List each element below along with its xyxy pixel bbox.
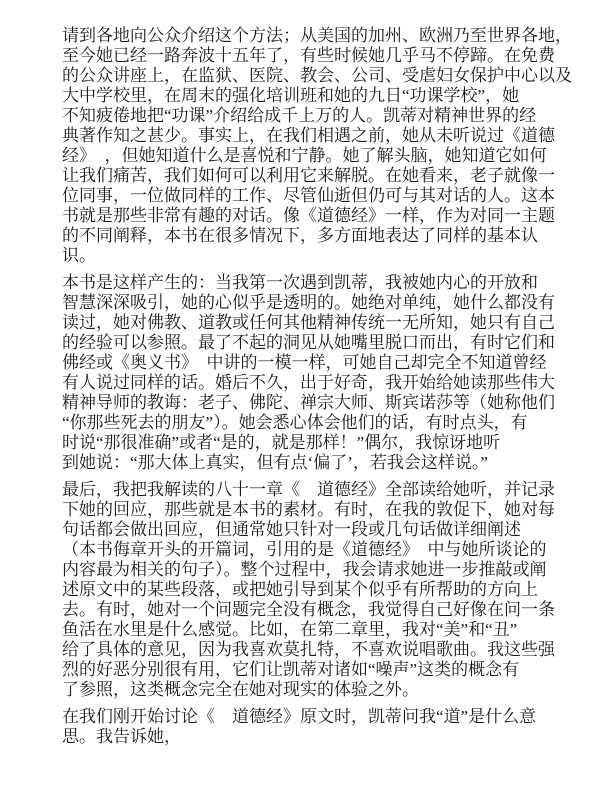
paragraph-2: 本书是这样产生的：当我第一次遇到凯蒂，我被她内心的开放和 智慧深深吸引，她的心似… <box>62 273 572 473</box>
document-page: 请到各地向公众介绍这个方法；从美国的加州、欧洲乃至世界各地， 至今她已经一路奔波… <box>0 0 599 793</box>
paragraph-4: 在我们刚开始讨论《 道德经》原文时，凯蒂问我“道”是什么意 思。我告诉她， <box>62 707 572 747</box>
paragraph-3: 最后，我把我解读的八十一章《 道德经》全部读给她听，并记录 下她的回应，那些就是… <box>62 480 572 700</box>
body-text: 请到各地向公众介绍这个方法；从美国的加州、欧洲乃至世界各地， 至今她已经一路奔波… <box>62 26 572 754</box>
paragraph-1: 请到各地向公众介绍这个方法；从美国的加州、欧洲乃至世界各地， 至今她已经一路奔波… <box>62 26 572 266</box>
